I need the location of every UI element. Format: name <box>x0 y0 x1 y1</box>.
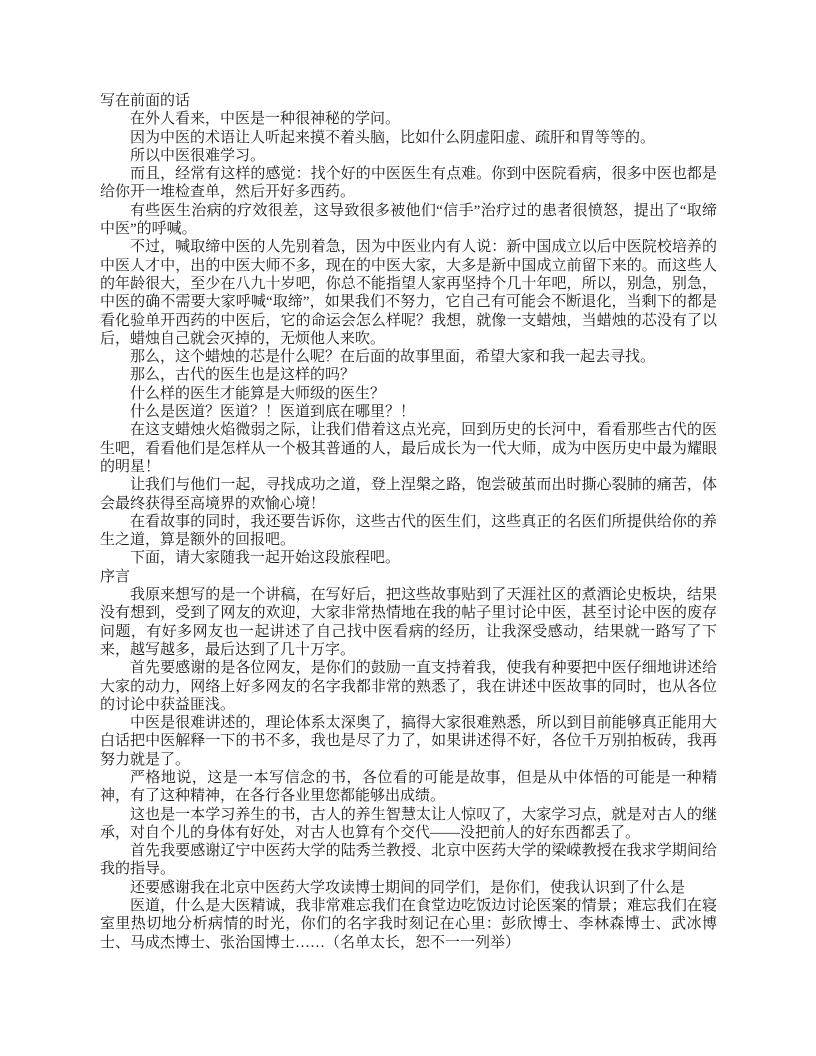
paragraph: 医道，什么是大医精诚，我非常难忘我们在食堂边吃饭边讨论医案的情景；难忘我们在寝室… <box>100 897 717 952</box>
paragraph: 什么样的医生才能算是大师级的医生？ <box>100 385 717 403</box>
paragraph: 严格地说，这是一本写信念的书，各位看的可能是故事，但是从中体悟的可能是一种精神，… <box>100 769 717 806</box>
paragraph: 那么，古代的医生也是这样的吗？ <box>100 366 717 384</box>
paragraph: 让我们与他们一起，寻找成功之道，登上涅槃之路，饱尝破茧而出时撕心裂肺的痛苦，体会… <box>100 476 717 513</box>
paragraph: 而且，经常有这样的感觉：找个好的中医医生有点难。你到中医院看病，很多中医也都是给… <box>100 165 717 202</box>
paragraph: 这也是一本学习养生的书，古人的养生智慧太让人惊叹了，大家学习点，就是对古人的继承… <box>100 806 717 843</box>
paragraph: 不过，喊取缔中医的人先别着急，因为中医业内有人说：新中国成立以后中医院校培养的中… <box>100 238 717 348</box>
paragraph: 什么是医道？医道？！医道到底在哪里？！ <box>100 403 717 421</box>
paragraph: 首先我要感谢辽宁中医药大学的陆秀兰教授、北京中医药大学的梁嵘教授在我求学期间给我… <box>100 842 717 879</box>
document-page: 写在前面的话在外人看来，中医是一种很神秘的学问。因为中医的术语让人听起来摸不着头… <box>0 0 816 1056</box>
paragraph: 有些医生治病的疗效很差，这导致很多被他们“信手”治疗过的患者很愤怒，提出了“取缔… <box>100 202 717 239</box>
paragraph: 那么，这个蜡烛的芯是什么呢？在后面的故事里面，希望大家和我一起去寻找。 <box>100 348 717 366</box>
paragraph: 在外人看来，中医是一种很神秘的学问。 <box>100 110 717 128</box>
paragraph: 下面，请大家随我一起开始这段旅程吧。 <box>100 549 717 567</box>
paragraph: 我原来想写的是一个讲稿，在写好后，把这些故事贴到了天涯社区的煮酒论史板块，结果没… <box>100 586 717 659</box>
paragraph: 在看故事的同时，我还要告诉你，这些古代的医生们，这些真正的名医们所提供给你的养生… <box>100 513 717 550</box>
section-heading: 序言 <box>100 568 717 586</box>
paragraph: 中医是很难讲述的，理论体系太深奥了，搞得大家很难熟悉，所以到目前能够真正能用大白… <box>100 714 717 769</box>
paragraph: 在这支蜡烛火焰微弱之际，让我们借着这点光亮，回到历史的长河中，看看那些古代的医生… <box>100 421 717 476</box>
paragraph: 首先要感谢的是各位网友，是你们的鼓励一直支持着我，使我有种要把中医仔细地讲述给大… <box>100 659 717 714</box>
paragraph: 所以中医很难学习。 <box>100 147 717 165</box>
paragraph: 因为中医的术语让人听起来摸不着头脑，比如什么阴虚阳虚、疏肝和胃等等的。 <box>100 129 717 147</box>
paragraph: 还要感谢我在北京中医药大学攻读博士期间的同学们，是你们，使我认识到了什么是 <box>100 879 717 897</box>
document-text: 写在前面的话在外人看来，中医是一种很神秘的学问。因为中医的术语让人听起来摸不着头… <box>100 92 717 952</box>
section-heading: 写在前面的话 <box>100 92 717 110</box>
